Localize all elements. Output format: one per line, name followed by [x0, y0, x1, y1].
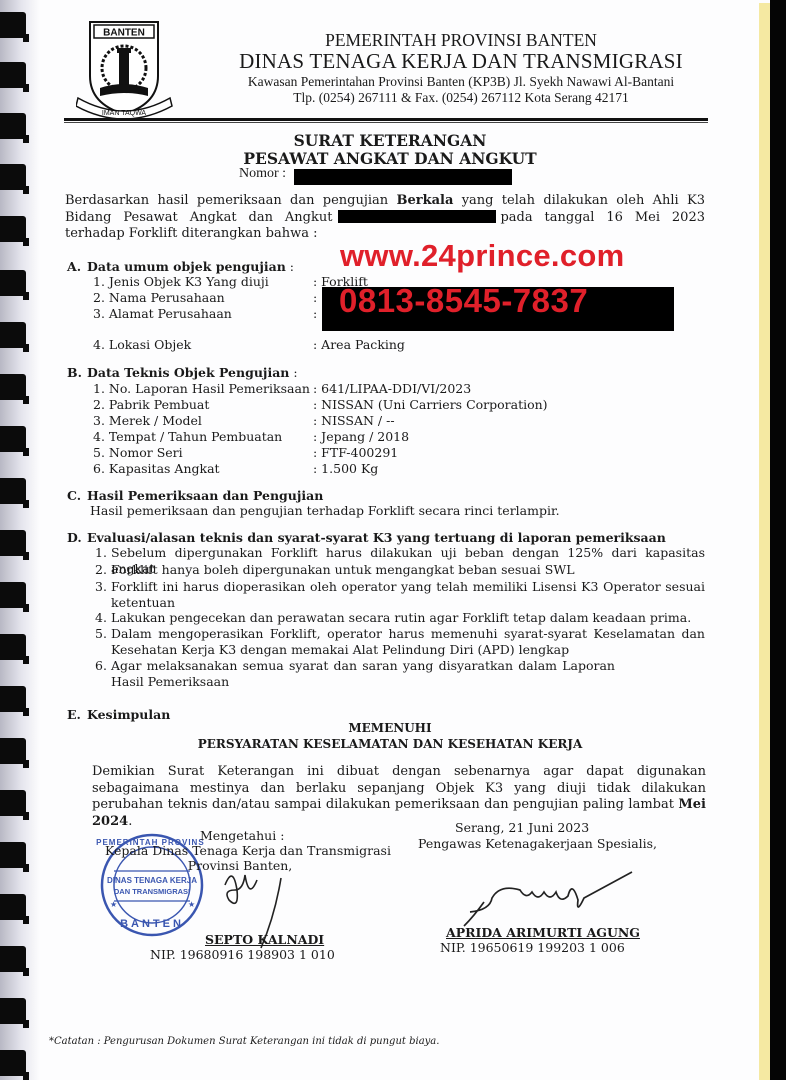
binding-hole — [0, 1050, 26, 1076]
binding-hole — [0, 894, 26, 920]
letterhead-agency: DINAS TENAGA KERJA DAN TRANSMIGRASI — [196, 49, 726, 74]
scanned-document-page: BANTEN IMAN TAQWA PEMERINTAH PROVINSI BA… — [0, 0, 786, 1080]
binding-hole — [0, 634, 26, 660]
left-signatory-name: SEPTO KALNADI — [205, 932, 324, 947]
binding-hole — [0, 164, 26, 190]
binding-hole — [0, 998, 26, 1024]
evaluation-item: 5.Dalam mengoperasikan Forklift, operato… — [95, 626, 705, 658]
binding-hole — [0, 842, 26, 868]
watermark-phone: 0813-8545-7837 — [339, 282, 588, 320]
redacted-expert-name — [338, 210, 496, 223]
section-d-heading: D.Evaluasi/alasan teknis dan syarat-syar… — [67, 530, 666, 545]
letterhead-rule — [64, 118, 708, 121]
evaluation-item: 3.Forklift ini harus dioperasikan oleh o… — [95, 579, 705, 611]
section-e-heading: E.Kesimpulan — [67, 707, 170, 722]
document-title: SURAT KETERANGAN — [60, 131, 720, 150]
binding-hole — [0, 374, 26, 400]
letterhead-address: Kawasan Pemerintahan Provinsi Banten (KP… — [196, 74, 726, 90]
svg-text:IMAN TAQWA: IMAN TAQWA — [102, 110, 147, 117]
svg-text:DAN TRANSMIGRASI: DAN TRANSMIGRASI — [114, 887, 190, 896]
footer-note: *Catatan : Pengurusan Dokumen Surat Kete… — [49, 1036, 439, 1047]
banten-coat-of-arms-icon: BANTEN IMAN TAQWA — [76, 14, 196, 124]
binding-hole — [0, 530, 26, 556]
svg-text:★: ★ — [110, 900, 117, 909]
binding-hole — [0, 738, 26, 764]
binding-hole — [0, 686, 26, 712]
binding-hole — [0, 322, 26, 348]
binding-hole — [0, 216, 26, 242]
conclusion-verdict-detail: PERSYARATAN KESELAMATAN DAN KESEHATAN KE… — [60, 737, 720, 751]
binding-hole — [0, 426, 26, 452]
intro-paragraph: Berdasarkan hasil pemeriksaan dan penguj… — [65, 193, 705, 243]
section-b-heading: B.Data Teknis Objek Pengujian : — [67, 365, 298, 380]
official-stamp-icon: DINAS TENAGA KERJA DAN TRANSMIGRASI BANT… — [96, 823, 204, 943]
section-c-heading: C.Hasil Pemeriksaan dan Pengujian — [67, 488, 323, 503]
binding-hole — [0, 12, 26, 38]
evaluation-item: 2.Forklift hanya boleh dipergunakan untu… — [95, 562, 705, 578]
binding-hole — [0, 478, 26, 504]
section-c-text: Hasil pemeriksaan dan pengujian terhadap… — [90, 503, 560, 518]
letterhead-rule-thin — [64, 122, 708, 123]
letterhead-contact: Tlp. (0254) 267111 & Fax. (0254) 267112 … — [196, 90, 726, 106]
evaluation-item: 6.Agar melaksanakan semua syarat dan sar… — [95, 658, 615, 690]
place-date: Serang, 21 Juni 2023 — [455, 820, 589, 835]
svg-text:BANTEN: BANTEN — [103, 28, 145, 39]
svg-text:★: ★ — [188, 900, 195, 909]
binding-hole — [0, 582, 26, 608]
acknowledged-label: Mengetahui : — [200, 828, 284, 843]
scan-black-edge — [770, 0, 786, 1080]
closing-paragraph: Demikian Surat Keterangan ini dibuat den… — [92, 764, 706, 830]
document-number-label: Nomor : — [239, 166, 286, 182]
conclusion-verdict: MEMENUHI — [60, 721, 720, 735]
evaluation-item: 4.Lakukan pengecekan dan perawatan secar… — [95, 610, 705, 626]
yellow-cover-edge — [759, 3, 770, 1080]
redacted-document-number — [294, 169, 512, 185]
right-signatory-nip: NIP. 19650619 199203 1 006 — [440, 940, 625, 955]
left-signatory-nip: NIP. 19680916 198903 1 010 — [150, 947, 335, 962]
binding-hole — [0, 113, 26, 139]
document-subtitle: PESAWAT ANGKAT DAN ANGKUT — [60, 149, 720, 168]
letterhead-government: PEMERINTAH PROVINSI BANTEN — [196, 30, 726, 51]
binding-hole — [0, 270, 26, 296]
right-signatory-position: Pengawas Ketenagakerjaan Spesialis, — [418, 836, 657, 851]
svg-text:BANTEN: BANTEN — [120, 918, 184, 930]
left-signatory-position: Kepala Dinas Tenaga Kerja dan Transmigra… — [105, 843, 375, 858]
binding-hole — [0, 946, 26, 972]
section-a-heading: A.Data umum objek pengujian : — [67, 259, 294, 274]
right-signatory-name: APRIDA ARIMURTI AGUNG — [446, 925, 640, 940]
binding-hole — [0, 790, 26, 816]
right-signature-icon — [460, 870, 635, 930]
binding-hole — [0, 62, 26, 88]
svg-text:DINAS TENAGA KERJA: DINAS TENAGA KERJA — [107, 876, 197, 885]
watermark-url: www.24prince.com — [340, 238, 624, 274]
